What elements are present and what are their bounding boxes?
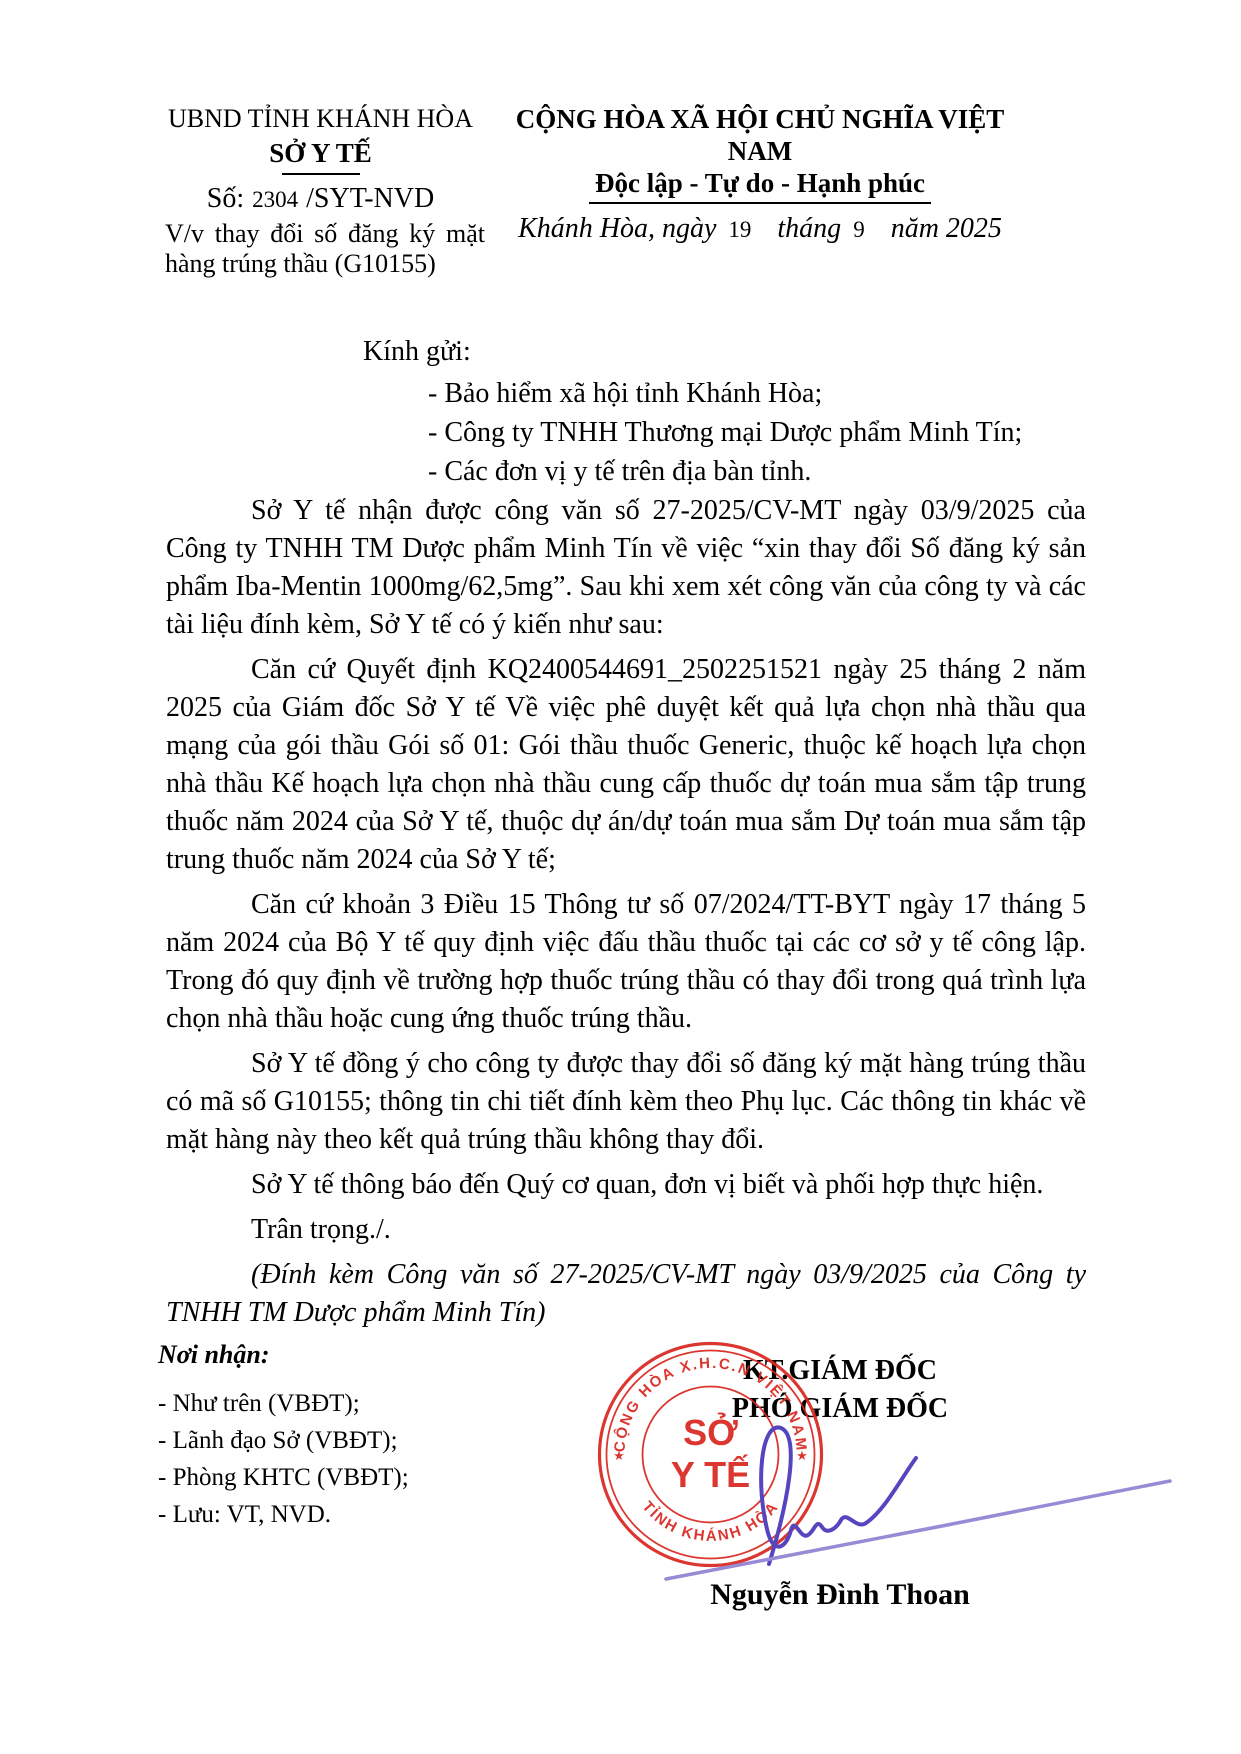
subject-line: V/v thay đổi số đăng ký mặt hàng trúng t…	[165, 219, 485, 279]
header-right-block: CỘNG HÒA XÃ HỘI CHỦ NGHĨA VIỆT NAM Độc l…	[495, 103, 1025, 245]
noi-nhan-item: - Lãnh đạo Sở (VBĐT);	[158, 1422, 409, 1459]
noi-nhan-item: - Lưu: VT, NVD.	[158, 1496, 409, 1533]
body-paragraph: Sở Y tế đồng ý cho công ty được thay đổi…	[166, 1045, 1086, 1159]
place-date-line: Khánh Hòa, ngày19tháng9năm 2025	[495, 213, 1025, 245]
doc-number-value: 2304	[244, 187, 306, 212]
salutation: Kính gửi:	[363, 336, 471, 368]
recipient-item: - Các đơn vị y tế trên địa bàn tỉnh.	[428, 452, 1022, 491]
signer-name: Nguyễn Đình Thoan	[640, 1578, 1040, 1612]
closing-line: Trân trọng./.	[166, 1211, 1086, 1249]
org-parent-name: UBND TỈNH KHÁNH HÒA	[148, 103, 493, 135]
official-letter-page: UBND TỈNH KHÁNH HÒA SỞ Y TẾ Số:2304/SYT-…	[0, 0, 1241, 1754]
noi-nhan-list: - Như trên (VBĐT); - Lãnh đạo Sở (VBĐT);…	[158, 1385, 409, 1533]
handwritten-signature	[580, 1330, 1200, 1600]
attachment-note: (Đính kèm Công văn số 27-2025/CV-MT ngày…	[166, 1256, 1086, 1332]
date-place: Khánh Hòa, ngày	[518, 213, 716, 244]
date-month-label: tháng	[777, 213, 841, 244]
date-year-label: năm 2025	[891, 213, 1002, 244]
doc-number-label: Số:	[207, 183, 244, 214]
noi-nhan-item: - Phòng KHTC (VBĐT);	[158, 1459, 409, 1496]
noi-nhan-item: - Như trên (VBĐT);	[158, 1385, 409, 1422]
body-paragraph: Sở Y tế nhận được công văn số 27-2025/CV…	[166, 492, 1086, 644]
date-month: 9	[853, 217, 865, 242]
document-number-line: Số:2304/SYT-NVD	[148, 183, 493, 215]
body-paragraph: Sở Y tế thông báo đến Quý cơ quan, đơn v…	[166, 1166, 1086, 1204]
noi-nhan-label: Nơi nhận:	[158, 1340, 270, 1370]
national-motto-line2: Độc lập - Tự do - Hạnh phúc	[589, 167, 931, 204]
date-day: 19	[728, 217, 751, 242]
recipient-list: - Bảo hiểm xã hội tỉnh Khánh Hòa; - Công…	[428, 374, 1022, 491]
recipient-item: - Công ty TNHH Thương mại Dược phẩm Minh…	[428, 413, 1022, 452]
letter-body: Sở Y tế nhận được công văn số 27-2025/CV…	[166, 492, 1086, 1339]
body-paragraph: Căn cứ khoản 3 Điều 15 Thông tư số 07/20…	[166, 886, 1086, 1038]
recipient-item: - Bảo hiểm xã hội tỉnh Khánh Hòa;	[428, 374, 1022, 413]
national-motto-line1: CỘNG HÒA XÃ HỘI CHỦ NGHĨA VIỆT NAM	[495, 103, 1025, 167]
body-paragraph: Căn cứ Quyết định KQ2400544691_250225152…	[166, 651, 1086, 879]
org-name: SỞ Y TẾ	[148, 137, 493, 169]
header-left-block: UBND TỈNH KHÁNH HÒA SỞ Y TẾ Số:2304/SYT-…	[148, 103, 493, 215]
org-name-underline	[282, 173, 360, 175]
doc-number-suffix: /SYT-NVD	[306, 183, 434, 214]
